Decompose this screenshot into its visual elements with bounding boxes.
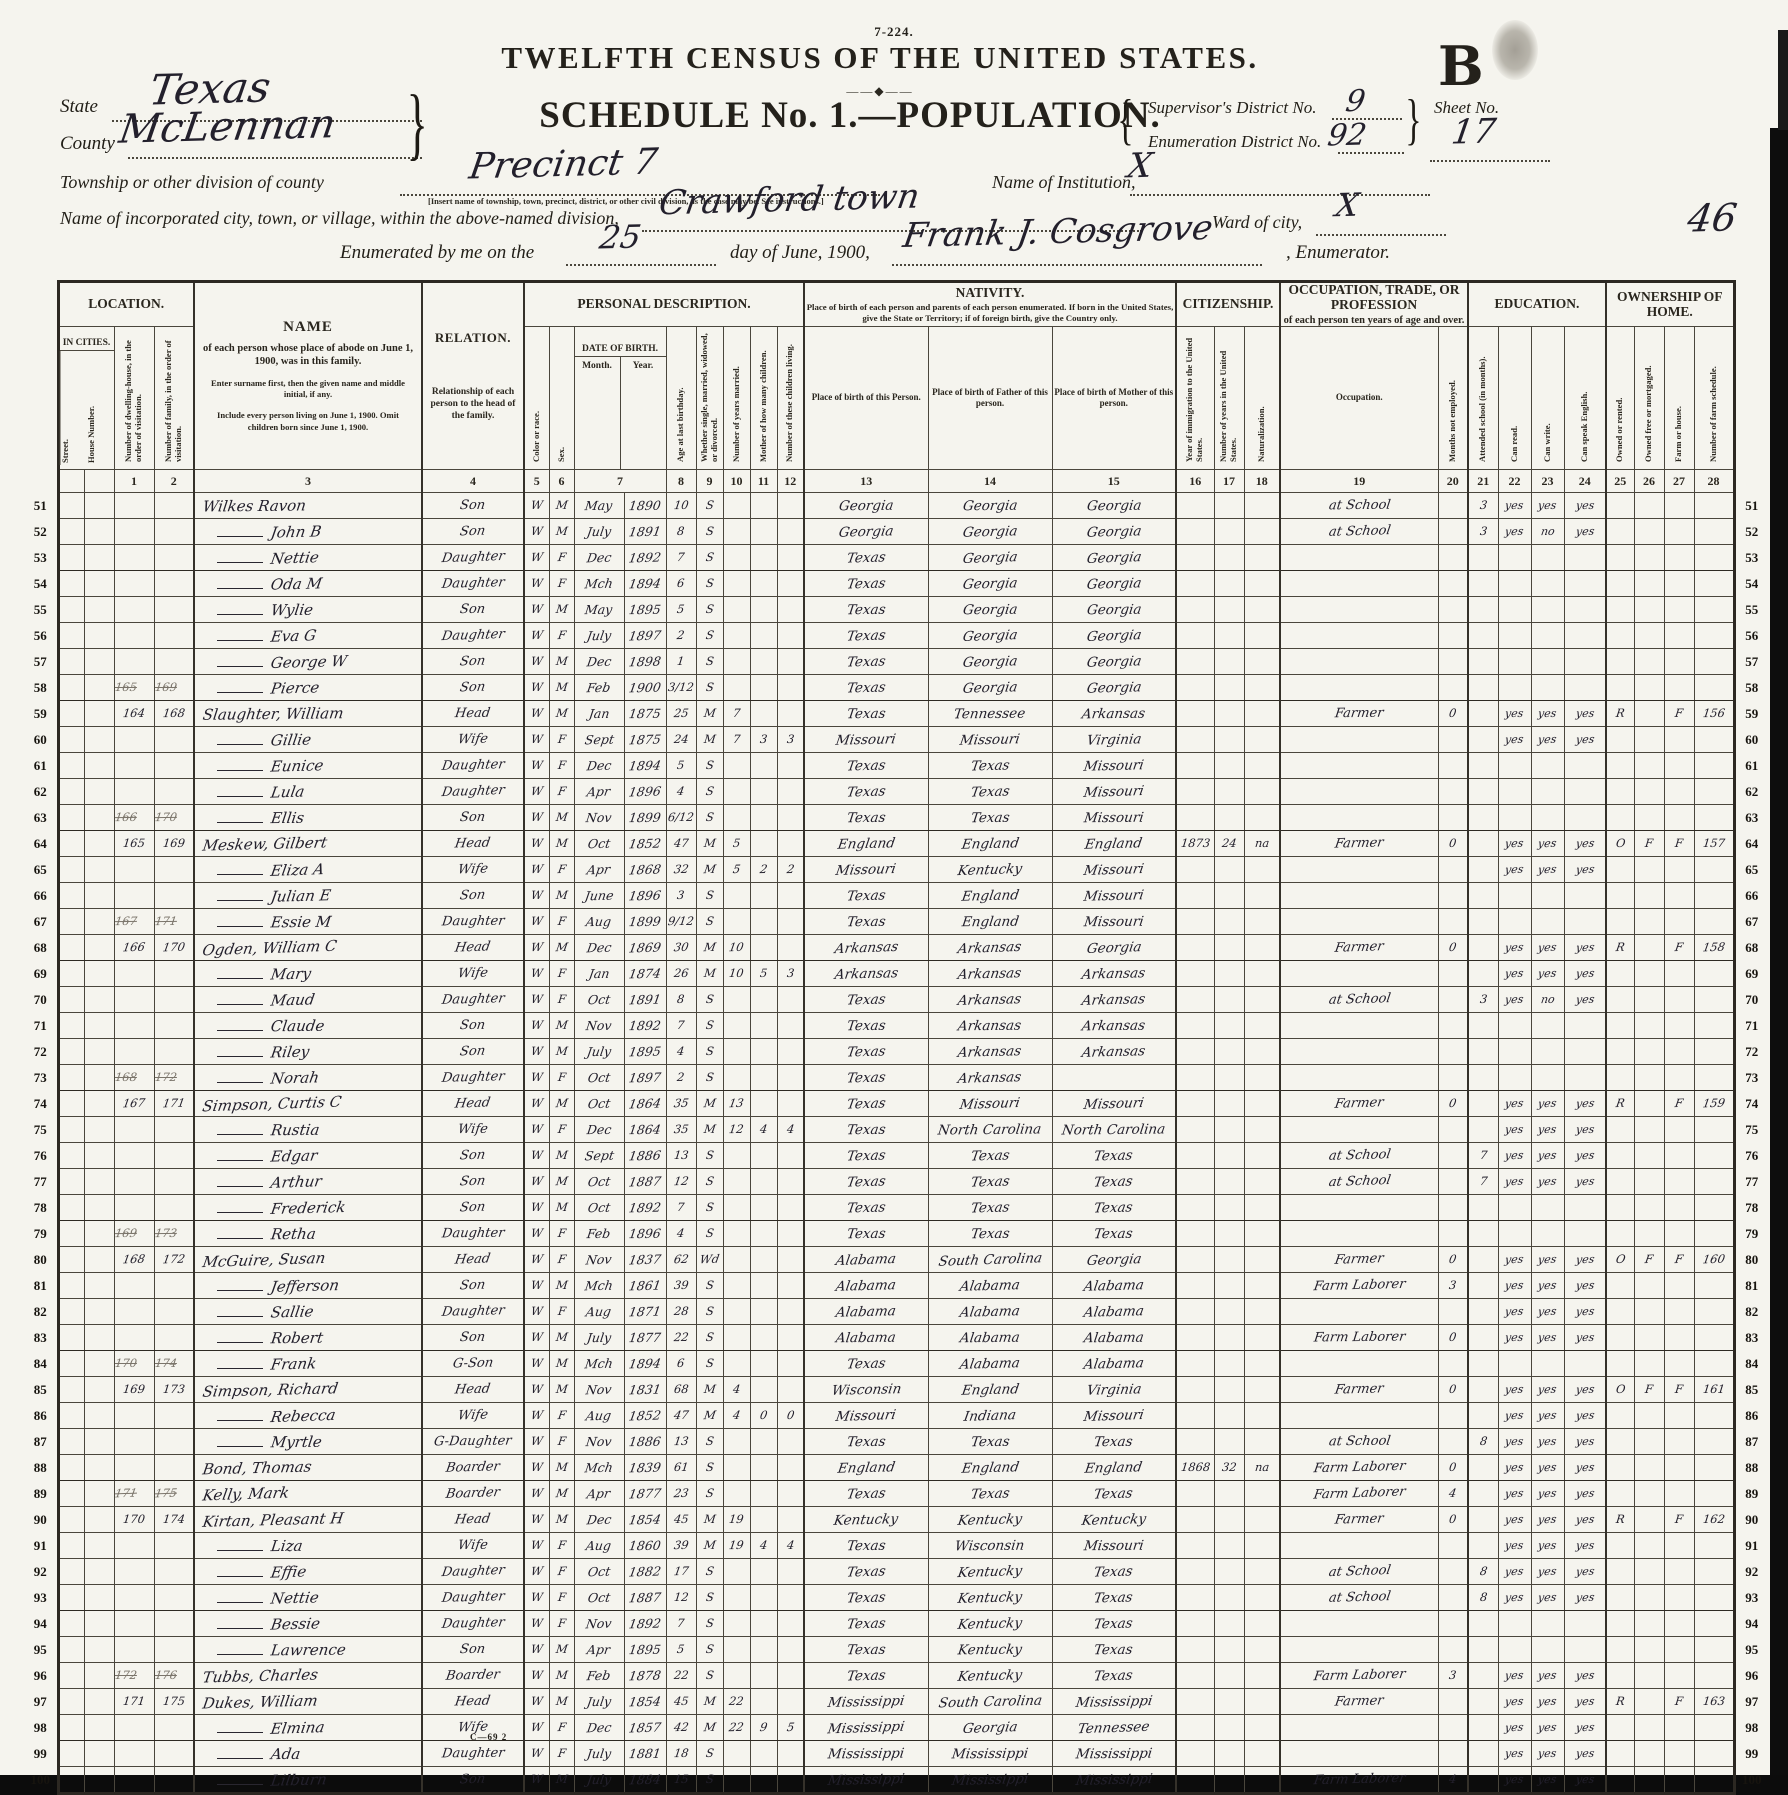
cell-name: Frederick xyxy=(194,1195,422,1221)
cell-sex: M xyxy=(549,1273,574,1299)
cell-years-married xyxy=(723,1741,750,1767)
cell-years-married: 7 xyxy=(723,701,750,727)
cell-mother-of-children xyxy=(750,1143,777,1169)
cell-birth-month: Sept xyxy=(574,727,624,753)
ditto-mark xyxy=(217,1074,263,1083)
cell-dwelling-number: 168 xyxy=(114,1065,154,1091)
cell-relation: Daughter xyxy=(422,1065,524,1091)
cell-color-race: W xyxy=(524,727,549,753)
cell-marital-status: S xyxy=(696,1195,723,1221)
cell-occupation xyxy=(1280,883,1438,909)
cell-house-number xyxy=(84,571,114,597)
cell-occupation xyxy=(1280,1533,1438,1559)
cell-birth-month: Dec xyxy=(574,545,624,571)
cell-birth-month: Feb xyxy=(574,1221,624,1247)
cell-birthplace: Missouri xyxy=(804,1403,928,1429)
cell-family-number xyxy=(154,1169,194,1195)
cell-birth-month: Nov xyxy=(574,805,624,831)
cell-street xyxy=(58,831,84,857)
cell-relation: Daughter xyxy=(422,779,524,805)
cell-farm-house xyxy=(1664,805,1694,831)
cell-relation: G-Son xyxy=(422,1351,524,1377)
cell-years-married: 5 xyxy=(723,857,750,883)
cell-free-mortgaged xyxy=(1634,675,1664,701)
ditto-mark xyxy=(217,1438,263,1447)
cell-can-write: yes xyxy=(1531,727,1564,753)
cell-school-months xyxy=(1468,961,1498,987)
table-body: 51Wilkes RavonSonWMMay189010SGeorgiaGeor… xyxy=(24,493,1768,1794)
cell-occupation: Farmer xyxy=(1280,935,1438,961)
cell-can-speak-english: yes xyxy=(1564,1247,1606,1273)
cell-age: 6 xyxy=(666,571,696,597)
row-number-right: 64 xyxy=(1734,831,1768,857)
cell-naturalization xyxy=(1244,1091,1280,1117)
cell-free-mortgaged xyxy=(1634,597,1664,623)
cell-can-write: yes xyxy=(1531,1455,1564,1481)
cell-birth-year: 1854 xyxy=(624,1689,666,1715)
cell-years-married xyxy=(723,1013,750,1039)
census-row: 80168172McGuire, SusanHeadWFNov183762WdA… xyxy=(24,1247,1768,1273)
cell-father-birthplace: Alabama xyxy=(928,1299,1052,1325)
row-number-right: 70 xyxy=(1734,987,1768,1013)
cell-relation: Son xyxy=(422,805,524,831)
cell-age: 47 xyxy=(666,831,696,857)
cell-farm-schedule xyxy=(1694,1637,1734,1663)
census-row: 72RileySonWMJuly18954STexasArkansasArkan… xyxy=(24,1039,1768,1065)
colnum-street xyxy=(58,470,84,493)
cell-birth-year: 1875 xyxy=(624,727,666,753)
cell-mother-birthplace: Mississippi xyxy=(1052,1689,1176,1715)
cell-family-number: 176 xyxy=(154,1663,194,1689)
cell-owned-rented xyxy=(1606,1013,1634,1039)
cell-occupation: at School xyxy=(1280,1169,1438,1195)
cell-immigration-year xyxy=(1176,1611,1214,1637)
cell-sex: M xyxy=(549,1013,574,1039)
cell-house-number xyxy=(84,519,114,545)
cell-children-living xyxy=(777,935,804,961)
cell-age: 6/12 xyxy=(666,805,696,831)
cell-color-race: W xyxy=(524,1091,549,1117)
cell-age: 1 xyxy=(666,649,696,675)
header-age: Age at last birthday. xyxy=(666,327,696,470)
cell-can-speak-english: yes xyxy=(1564,1455,1606,1481)
cell-house-number xyxy=(84,545,114,571)
census-row: 69MaryWifeWFJan187426M1053ArkansasArkans… xyxy=(24,961,1768,987)
cell-sex: F xyxy=(549,1065,574,1091)
cell-can-read: yes xyxy=(1498,1429,1531,1455)
cell-birth-year: 1896 xyxy=(624,1221,666,1247)
cell-mother-birthplace: Alabama xyxy=(1052,1351,1176,1377)
cell-farm-schedule: 161 xyxy=(1694,1377,1734,1403)
cell-dwelling-number xyxy=(114,623,154,649)
cell-birth-month: Dec xyxy=(574,1715,624,1741)
cell-farm-house xyxy=(1664,1767,1694,1794)
cell-immigration-year xyxy=(1176,519,1214,545)
cell-can-speak-english: yes xyxy=(1564,1325,1606,1351)
cell-name: Lilburn xyxy=(194,1767,422,1794)
cell-owned-rented xyxy=(1606,1117,1634,1143)
row-number-right: 82 xyxy=(1734,1299,1768,1325)
cell-relation: Daughter xyxy=(422,1585,524,1611)
cell-owned-rented: R xyxy=(1606,701,1634,727)
cell-birth-year: 1892 xyxy=(624,1611,666,1637)
cell-owned-rented xyxy=(1606,1065,1634,1091)
cell-can-speak-english xyxy=(1564,909,1606,935)
cell-sex: M xyxy=(549,1195,574,1221)
cell-children-living xyxy=(777,883,804,909)
ditto-mark xyxy=(217,1308,263,1317)
cell-mother-birthplace: Georgia xyxy=(1052,493,1176,519)
cell-farm-schedule xyxy=(1694,597,1734,623)
cell-months-not-employed: 0 xyxy=(1438,701,1468,727)
cell-birthplace: Texas xyxy=(804,1221,928,1247)
cell-children-living xyxy=(777,1559,804,1585)
cell-school-months xyxy=(1468,1117,1498,1143)
cell-father-birthplace: Arkansas xyxy=(928,935,1052,961)
cell-can-read xyxy=(1498,623,1531,649)
cell-occupation: Farmer xyxy=(1280,1689,1438,1715)
cell-house-number xyxy=(84,1533,114,1559)
row-number-right: 85 xyxy=(1734,1377,1768,1403)
cell-color-race: W xyxy=(524,1741,549,1767)
cell-street xyxy=(58,545,84,571)
cell-months-not-employed xyxy=(1438,649,1468,675)
census-row: 88Bond, ThomasBoarderWMMch183961SEngland… xyxy=(24,1455,1768,1481)
cell-can-write: yes xyxy=(1531,1767,1564,1794)
cell-can-speak-english xyxy=(1564,623,1606,649)
header-marital: Whether single, married, widowed, or div… xyxy=(696,327,723,470)
cell-mother-of-children xyxy=(750,1377,777,1403)
cell-farm-schedule xyxy=(1694,727,1734,753)
cell-naturalization xyxy=(1244,493,1280,519)
cell-age: 7 xyxy=(666,1611,696,1637)
cell-mother-birthplace: England xyxy=(1052,831,1176,857)
cell-marital-status: S xyxy=(696,1741,723,1767)
census-scan-page: { "page": { "form_number": "7-224.", "ti… xyxy=(0,0,1788,1795)
cell-birth-year: 1900 xyxy=(624,675,666,701)
census-row: 92EffieDaughterWFOct188217STexasKentucky… xyxy=(24,1559,1768,1585)
cell-owned-rented: O xyxy=(1606,1247,1634,1273)
cell-farm-house xyxy=(1664,987,1694,1013)
cell-years-in-us xyxy=(1214,1299,1244,1325)
cell-can-read: yes xyxy=(1498,1403,1531,1429)
cell-can-write: yes xyxy=(1531,1299,1564,1325)
cell-age: 68 xyxy=(666,1377,696,1403)
row-number-right: 87 xyxy=(1734,1429,1768,1455)
crossed-out-number: 175 xyxy=(153,1486,177,1501)
cell-free-mortgaged xyxy=(1634,1143,1664,1169)
cell-birth-month: Nov xyxy=(574,1429,624,1455)
cell-can-read: yes xyxy=(1498,1559,1531,1585)
cell-mother-of-children xyxy=(750,1741,777,1767)
cell-birth-month: Aug xyxy=(574,909,624,935)
cell-occupation xyxy=(1280,1117,1438,1143)
census-row: 65Eliza AWifeWFApr186832M522MissouriKent… xyxy=(24,857,1768,883)
cell-birth-year: 1857 xyxy=(624,1715,666,1741)
cell-birthplace: Texas xyxy=(804,1013,928,1039)
row-number-left: 77 xyxy=(24,1169,58,1195)
cell-house-number xyxy=(84,1585,114,1611)
cell-street xyxy=(58,1273,84,1299)
cell-owned-rented xyxy=(1606,519,1634,545)
cell-naturalization xyxy=(1244,1299,1280,1325)
row-number-right: 66 xyxy=(1734,883,1768,909)
cell-dwelling-number: 170 xyxy=(114,1507,154,1533)
cell-relation: Daughter xyxy=(422,987,524,1013)
cell-years-in-us xyxy=(1214,1429,1244,1455)
ditto-mark xyxy=(217,580,263,589)
cell-birthplace: Texas xyxy=(804,1117,928,1143)
cell-years-married xyxy=(723,805,750,831)
cell-farm-schedule xyxy=(1694,1455,1734,1481)
cell-years-married xyxy=(723,1325,750,1351)
crossed-out-number: 172 xyxy=(114,1668,137,1682)
cell-years-in-us xyxy=(1214,935,1244,961)
cell-owned-rented xyxy=(1606,961,1634,987)
cell-sex: M xyxy=(549,1507,574,1533)
cell-years-in-us xyxy=(1214,519,1244,545)
cell-years-married xyxy=(723,883,750,909)
row-number-right: 93 xyxy=(1734,1585,1768,1611)
cell-marital-status: S xyxy=(696,987,723,1013)
cell-can-write xyxy=(1531,1039,1564,1065)
cell-sex: M xyxy=(549,1143,574,1169)
row-number-left: 53 xyxy=(24,545,58,571)
cell-years-married: 10 xyxy=(723,935,750,961)
cell-owned-rented: O xyxy=(1606,831,1634,857)
row-number-left: 52 xyxy=(24,519,58,545)
cell-owned-rented xyxy=(1606,493,1634,519)
cell-relation: Head xyxy=(422,1507,524,1533)
cell-family-number xyxy=(154,857,194,883)
cell-owned-rented xyxy=(1606,779,1634,805)
cell-children-living xyxy=(777,805,804,831)
cell-mother-of-children xyxy=(750,649,777,675)
cell-name: Robert xyxy=(194,1325,422,1351)
ditto-mark xyxy=(217,1204,263,1213)
cell-mother-birthplace: Missouri xyxy=(1052,883,1176,909)
cell-can-write: yes xyxy=(1531,701,1564,727)
cell-birthplace: Texas xyxy=(804,1533,928,1559)
cell-owned-rented xyxy=(1606,1559,1634,1585)
cell-school-months xyxy=(1468,597,1498,623)
cell-can-write xyxy=(1531,675,1564,701)
cell-naturalization xyxy=(1244,701,1280,727)
cell-free-mortgaged xyxy=(1634,1585,1664,1611)
cell-years-in-us xyxy=(1214,987,1244,1013)
cell-street xyxy=(58,1533,84,1559)
cell-house-number xyxy=(84,1429,114,1455)
crossed-out-number: 168 xyxy=(114,1070,137,1084)
ditto-mark xyxy=(217,1776,263,1785)
cell-free-mortgaged xyxy=(1634,1533,1664,1559)
cell-immigration-year xyxy=(1176,1169,1214,1195)
cell-street xyxy=(58,1325,84,1351)
row-number-left: 94 xyxy=(24,1611,58,1637)
census-row: 83RobertSonWMJuly187722SAlabamaAlabamaAl… xyxy=(24,1325,1768,1351)
ditto-mark xyxy=(217,606,263,615)
cell-owned-rented xyxy=(1606,1299,1634,1325)
cell-occupation xyxy=(1280,1299,1438,1325)
cell-mother-birthplace: Texas xyxy=(1052,1559,1176,1585)
cell-marital-status: S xyxy=(696,649,723,675)
cell-father-birthplace: Texas xyxy=(928,805,1052,831)
cell-birthplace: Texas xyxy=(804,623,928,649)
cell-free-mortgaged xyxy=(1634,805,1664,831)
form-number: 7-224. xyxy=(0,24,1788,40)
cell-birth-month: Sept xyxy=(574,1143,624,1169)
cell-school-months: 7 xyxy=(1468,1143,1498,1169)
cell-can-write: yes xyxy=(1531,1715,1564,1741)
cell-children-living xyxy=(777,1377,804,1403)
cell-farm-schedule xyxy=(1694,1533,1734,1559)
cell-color-race: W xyxy=(524,1117,549,1143)
cell-mother-birthplace: Arkansas xyxy=(1052,961,1176,987)
cell-farm-schedule xyxy=(1694,623,1734,649)
row-number-left: 70 xyxy=(24,987,58,1013)
cell-dwelling-number xyxy=(114,1299,154,1325)
cell-years-married: 12 xyxy=(723,1117,750,1143)
cell-mother-birthplace: North Carolina xyxy=(1052,1117,1176,1143)
cell-father-birthplace: Georgia xyxy=(928,675,1052,701)
header-occupation: Occupation. xyxy=(1280,327,1438,470)
cell-color-race: W xyxy=(524,1065,549,1091)
cell-name: Wilkes Ravon xyxy=(194,493,422,519)
cell-birth-year: 1894 xyxy=(624,1351,666,1377)
cell-can-read: yes xyxy=(1498,1715,1531,1741)
cell-dwelling-number xyxy=(114,1403,154,1429)
cell-can-read: yes xyxy=(1498,987,1531,1013)
ditto-mark xyxy=(217,1152,263,1161)
cell-years-in-us xyxy=(1214,1611,1244,1637)
cell-naturalization xyxy=(1244,1169,1280,1195)
cell-can-read xyxy=(1498,909,1531,935)
cell-father-birthplace: Indiana xyxy=(928,1403,1052,1429)
cell-family-number xyxy=(154,779,194,805)
cell-owned-rented xyxy=(1606,1585,1634,1611)
cell-immigration-year xyxy=(1176,1247,1214,1273)
cell-mother-of-children xyxy=(750,1273,777,1299)
row-number-left: 98 xyxy=(24,1715,58,1741)
cell-school-months xyxy=(1468,1689,1498,1715)
cell-sex: M xyxy=(549,1767,574,1794)
cell-birth-year: 1882 xyxy=(624,1559,666,1585)
cell-occupation xyxy=(1280,1611,1438,1637)
cell-immigration-year xyxy=(1176,1013,1214,1039)
district-open-brace: { xyxy=(1117,92,1133,148)
cell-family-number: 175 xyxy=(154,1689,194,1715)
row-number-right: 59 xyxy=(1734,701,1768,727)
cell-farm-schedule xyxy=(1694,1039,1734,1065)
cell-mother-birthplace: Tennessee xyxy=(1052,1715,1176,1741)
header-can-read: Can read. xyxy=(1498,327,1531,470)
cell-age: 7 xyxy=(666,1013,696,1039)
cell-sex: M xyxy=(549,1481,574,1507)
cell-color-race: W xyxy=(524,1481,549,1507)
cell-mother-of-children xyxy=(750,831,777,857)
cell-sex: M xyxy=(549,1039,574,1065)
cell-children-living xyxy=(777,1013,804,1039)
cell-dwelling-number xyxy=(114,1637,154,1663)
cell-mother-of-children xyxy=(750,597,777,623)
cell-years-in-us xyxy=(1214,1585,1244,1611)
cell-school-months: 7 xyxy=(1468,1169,1498,1195)
cell-can-read: yes xyxy=(1498,1169,1531,1195)
cell-birthplace: Texas xyxy=(804,1481,928,1507)
cell-months-not-employed xyxy=(1438,1065,1468,1091)
cell-age: 45 xyxy=(666,1507,696,1533)
cell-owned-rented xyxy=(1606,1767,1634,1794)
cell-occupation xyxy=(1280,805,1438,831)
cell-can-speak-english: yes xyxy=(1564,935,1606,961)
header-group-relation: RELATION. Relationship of each person to… xyxy=(422,282,524,470)
cell-mother-of-children xyxy=(750,571,777,597)
cell-occupation xyxy=(1280,1715,1438,1741)
cell-farm-house xyxy=(1664,571,1694,597)
cell-street xyxy=(58,909,84,935)
cell-naturalization xyxy=(1244,1663,1280,1689)
cell-sex: M xyxy=(549,831,574,857)
row-number-right: 57 xyxy=(1734,649,1768,675)
cell-mother-birthplace: Arkansas xyxy=(1052,701,1176,727)
cell-marital-status: S xyxy=(696,1299,723,1325)
cell-name: Pierce xyxy=(194,675,422,701)
cell-free-mortgaged xyxy=(1634,1195,1664,1221)
cell-years-in-us xyxy=(1214,623,1244,649)
cell-months-not-employed: 0 xyxy=(1438,1247,1468,1273)
ditto-mark xyxy=(217,1282,263,1291)
cell-can-read: yes xyxy=(1498,519,1531,545)
colnum-house xyxy=(84,470,114,493)
cell-naturalization xyxy=(1244,1533,1280,1559)
cell-age: 15 xyxy=(666,1767,696,1794)
cell-years-married xyxy=(723,1767,750,1794)
cell-can-speak-english xyxy=(1564,545,1606,571)
cell-immigration-year xyxy=(1176,1351,1214,1377)
cell-house-number xyxy=(84,597,114,623)
cell-color-race: W xyxy=(524,1351,549,1377)
cell-farm-schedule xyxy=(1694,857,1734,883)
ditto-mark xyxy=(217,1334,263,1343)
cell-dwelling-number xyxy=(114,1585,154,1611)
cell-owned-rented xyxy=(1606,987,1634,1013)
cell-mother-birthplace: Missouri xyxy=(1052,1533,1176,1559)
cell-immigration-year xyxy=(1176,753,1214,779)
cell-school-months xyxy=(1468,545,1498,571)
cell-months-not-employed xyxy=(1438,1143,1468,1169)
cell-house-number xyxy=(84,805,114,831)
header-group-citizenship: CITIZENSHIP. xyxy=(1176,282,1280,327)
cell-name: George W xyxy=(194,649,422,675)
cell-dwelling-number xyxy=(114,493,154,519)
cell-children-living xyxy=(777,1689,804,1715)
cell-color-race: W xyxy=(524,1559,549,1585)
cell-family-number xyxy=(154,753,194,779)
cell-immigration-year xyxy=(1176,1507,1214,1533)
cell-months-not-employed xyxy=(1438,623,1468,649)
crossed-out-number: 171 xyxy=(154,914,178,928)
cell-street xyxy=(58,1013,84,1039)
cell-birth-month: May xyxy=(574,493,624,519)
cell-free-mortgaged xyxy=(1634,1715,1664,1741)
cell-children-living xyxy=(777,1299,804,1325)
cell-school-months xyxy=(1468,1351,1498,1377)
cell-farm-schedule: 157 xyxy=(1694,831,1734,857)
cell-school-months xyxy=(1468,1013,1498,1039)
cell-mother-of-children xyxy=(750,545,777,571)
cell-family-number: 169 xyxy=(154,831,194,857)
cell-free-mortgaged xyxy=(1634,1299,1664,1325)
